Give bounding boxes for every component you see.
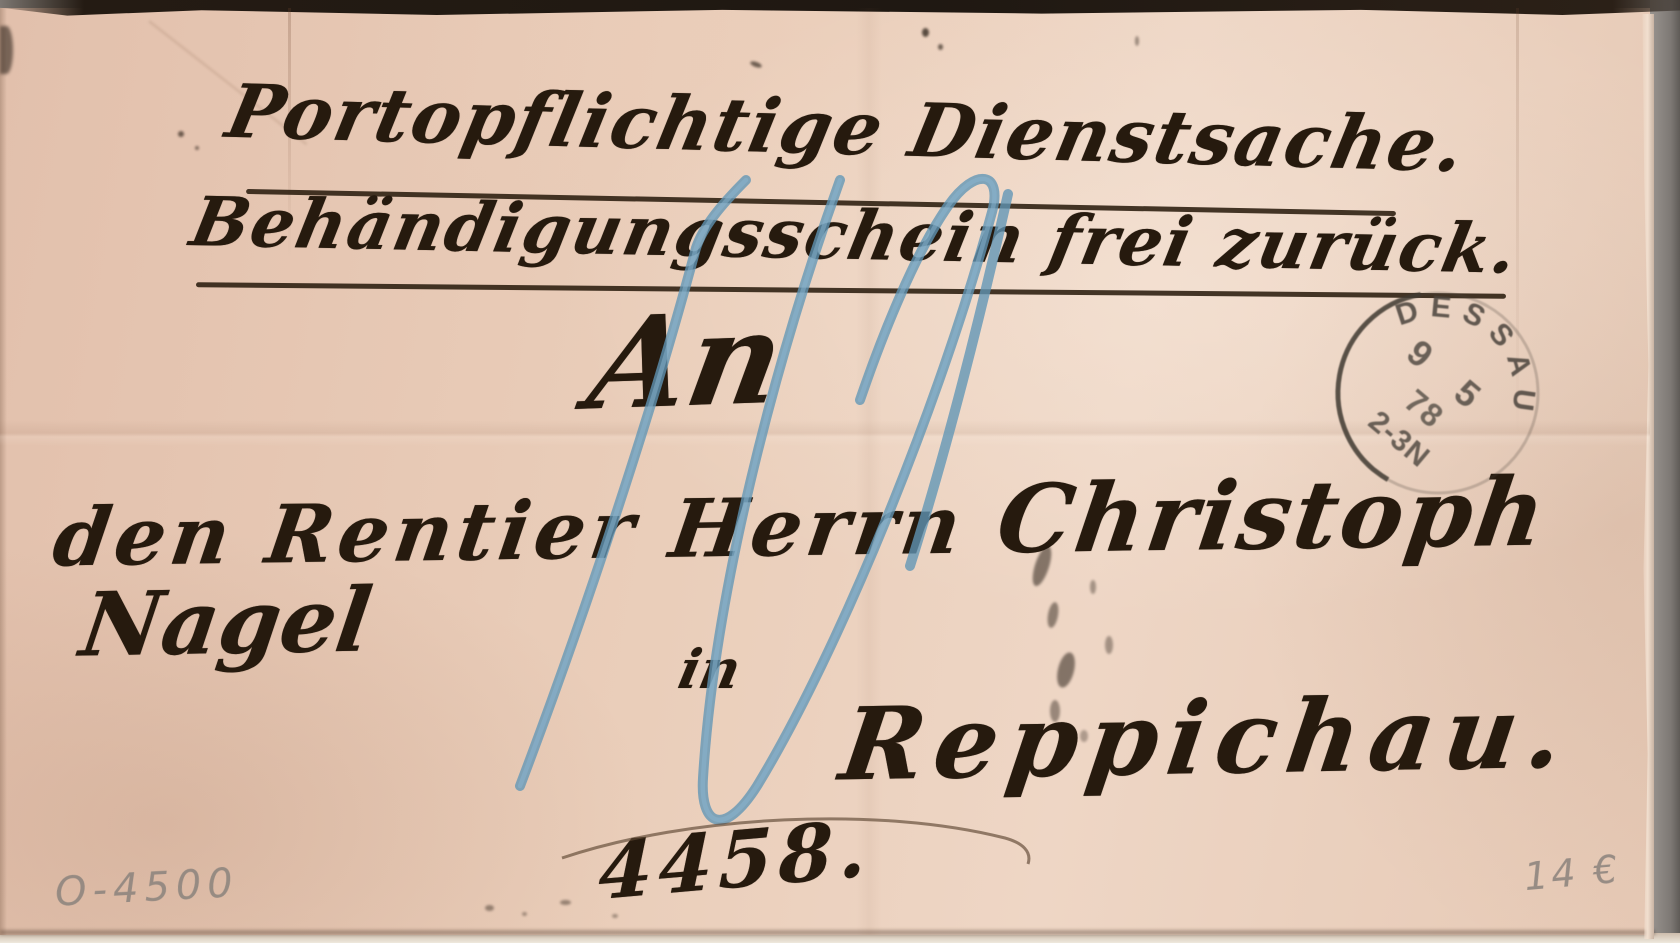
ink-speck: [195, 146, 199, 150]
addressee-row: den Rentier Herrn Christoph: [48, 465, 1553, 580]
salutation-an: An: [581, 294, 793, 427]
addressee-title-line: den Rentier Herrn: [48, 478, 972, 585]
ink-transfer-smudge: [1105, 636, 1113, 654]
addressee-first-name: Christoph: [990, 457, 1554, 575]
ink-transfer-smudge: [1090, 580, 1096, 594]
ink-speck: [938, 44, 943, 50]
envelope-left-edge: [0, 8, 7, 935]
ink-speck: [922, 28, 929, 37]
ink-transfer-smudge: [1080, 730, 1088, 742]
envelope-bottom-shadow: [0, 930, 1655, 935]
ink-speck: [522, 912, 527, 916]
preposition-in: in: [674, 642, 745, 696]
envelope-corner-notch: [0, 26, 13, 74]
destination-town: Reppichau.: [835, 681, 1579, 794]
photo-background-right: [1650, 0, 1680, 943]
addressee-surname: Nagel: [76, 575, 377, 668]
ink-speck: [612, 914, 618, 918]
pencil-price: 14 €: [1523, 850, 1623, 896]
photo-canvas: Portopflichtige Dienstsache. Behändigung…: [0, 0, 1680, 943]
ink-speck: [560, 900, 571, 905]
ink-speck: [1135, 36, 1139, 46]
ink-transfer-smudge: [1050, 700, 1060, 722]
ink-speck: [178, 131, 184, 137]
ink-speck: [485, 905, 494, 911]
pencil-postal-code: O-4500: [54, 863, 240, 913]
reference-number: 4458.: [598, 810, 873, 912]
